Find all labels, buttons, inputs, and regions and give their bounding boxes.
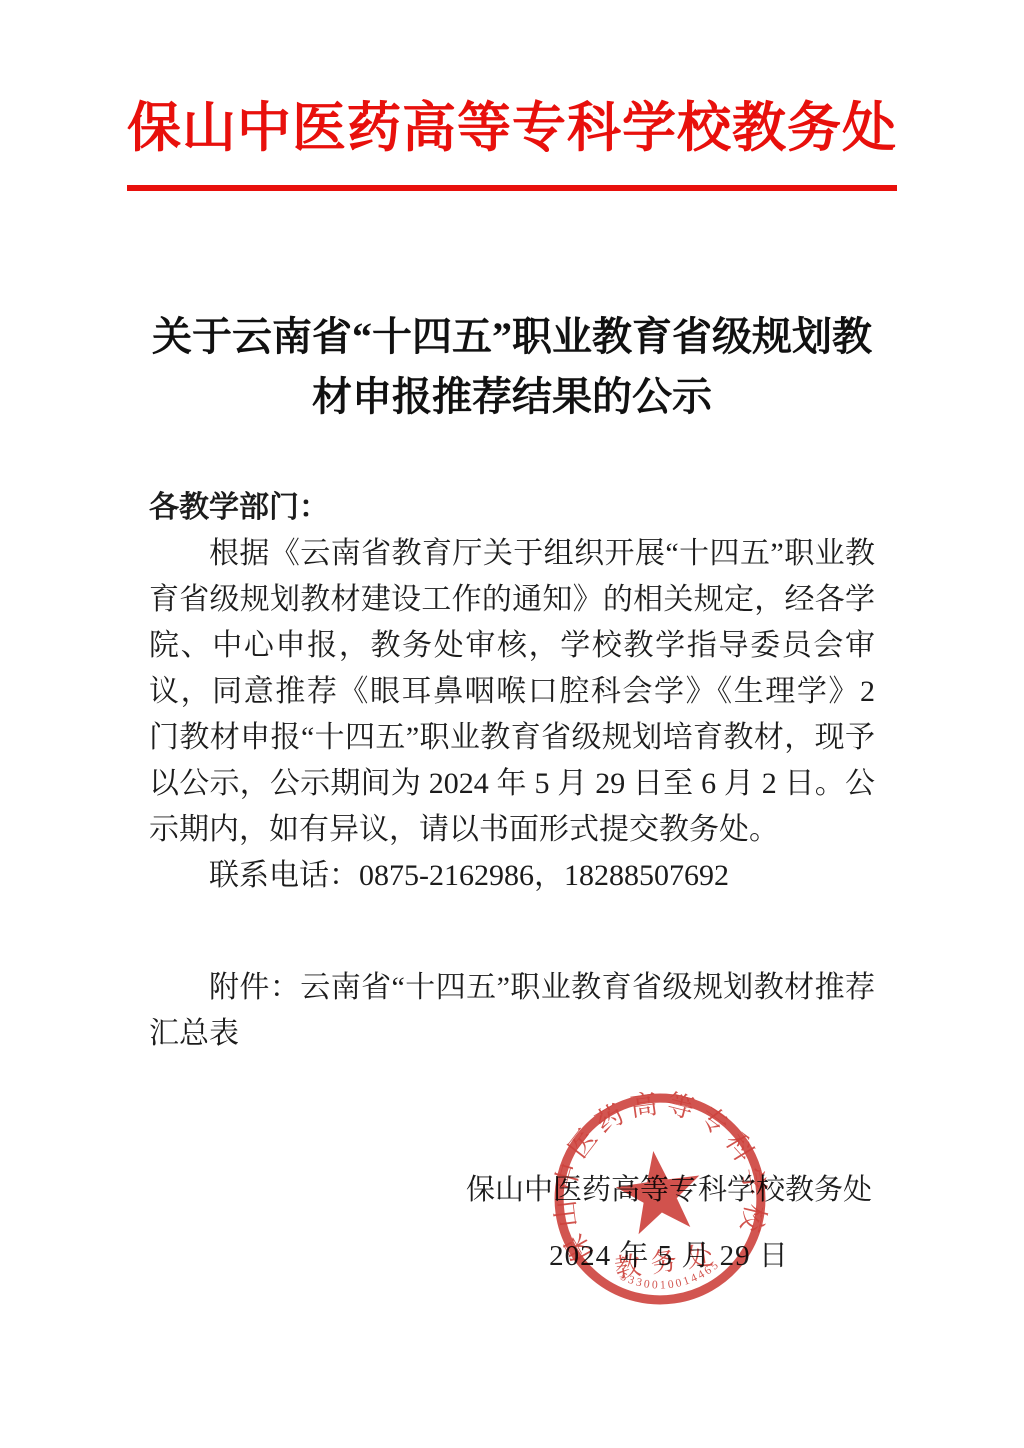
document-title: 关于云南省“十四五”职业教育省级规划教 材申报推荐结果的公示: [0, 307, 1024, 427]
salutation: 各教学部门：: [149, 485, 875, 531]
main-paragraph: 根据《云南省教育厅关于组织开展“十四五”职业教育省级规划教材建设工作的通知》的相…: [149, 531, 875, 853]
official-seal-stamp: 保山中医药高等专科学校 教务处 5330010014465: [535, 1074, 786, 1325]
document-page: 保山中医药高等专科学校教务处 关于云南省“十四五”职业教育省级规划教 材申报推荐…: [0, 0, 1024, 1448]
document-title-line1: 关于云南省“十四五”职业教育省级规划教: [0, 307, 1024, 367]
seal-star-icon: [611, 1145, 706, 1236]
contact-phone-line: 联系电话：0875-2162986，18288507692: [149, 853, 875, 899]
document-body: 各教学部门： 根据《云南省教育厅关于组织开展“十四五”职业教育省级规划教材建设工…: [149, 485, 875, 1057]
red-header-title: 保山中医药高等专科学校教务处: [0, 88, 1024, 169]
attachment-note: 附件：云南省“十四五”职业教育省级规划教材推荐汇总表: [149, 965, 875, 1057]
red-header-rule: [127, 185, 897, 191]
document-title-line2: 材申报推荐结果的公示: [0, 367, 1024, 427]
